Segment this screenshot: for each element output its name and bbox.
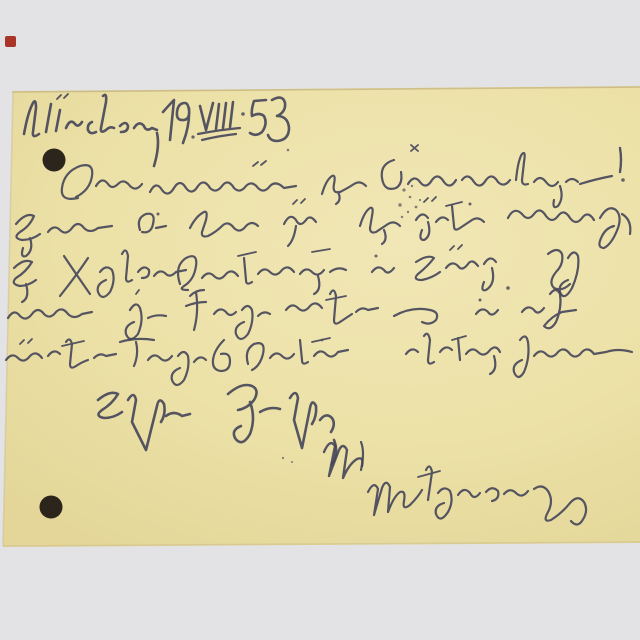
handwriting-line-closing: Beste Grüße <box>98 385 336 464</box>
handwriting-signature: W. (signature) <box>361 442 586 525</box>
card-edge-shading <box>3 87 640 546</box>
handwriting-line-body-3: werde ihr Folge leisten — u. in den <box>8 290 576 339</box>
handwriting-line-body-2: zur Xylon Ausstellung in Zürich. Ich <box>14 245 579 302</box>
handwriting-monogram: Ihr <box>324 443 362 478</box>
punch-holes <box>40 149 66 519</box>
punch-hole-top <box>43 149 66 172</box>
ink-speckles <box>282 149 421 463</box>
photo-scene: München, 19. VIII. 53 Se <box>0 0 640 640</box>
handwriting-line-body-4: nächsten Tagen 6 Arbeiten dorthin senden <box>6 334 632 385</box>
handwriting-line-body-1: Haben Sie Dank für Ihre gütige Einladung <box>16 197 630 256</box>
punch-hole-bottom <box>40 496 63 519</box>
postcard-artwork: München, 19. VIII. 53 Se <box>0 0 640 640</box>
handwriting-line-salutation: Sehr verehrter Herr Schwarzenberger! <box>62 145 625 207</box>
